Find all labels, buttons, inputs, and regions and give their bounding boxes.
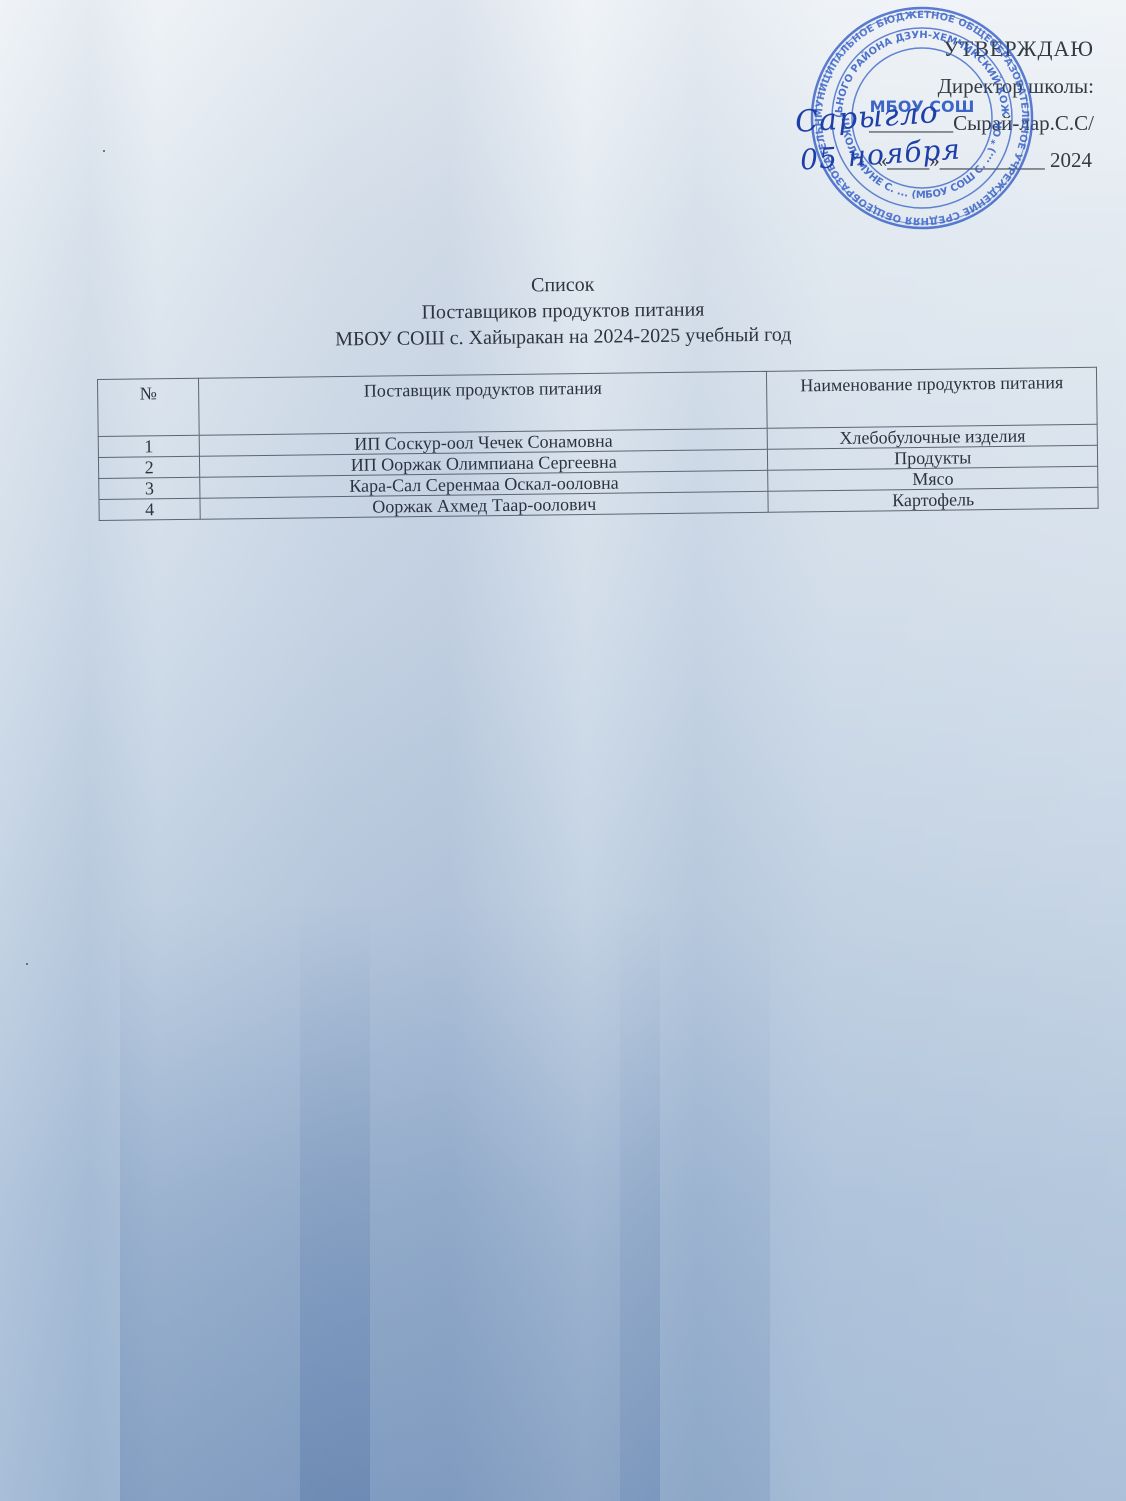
cell-product: Картофель [768, 487, 1098, 512]
cell-number: 3 [99, 477, 200, 499]
header-product: Наименование продуктов питания [767, 367, 1097, 428]
supplier-table: № Поставщик продуктов питания Наименован… [97, 367, 1099, 521]
paper-speck [103, 150, 105, 152]
paper-speck [26, 963, 28, 965]
cell-number: 4 [99, 498, 200, 520]
header-number: № [98, 378, 200, 436]
page-shadow [300, 900, 660, 1501]
page-shadow [120, 900, 370, 1501]
document-heading: Список Поставщиков продуктов питания МБО… [0, 266, 1126, 356]
page-shadow [620, 900, 770, 1501]
header-supplier: Поставщик продуктов питания [199, 371, 768, 435]
cell-number: 2 [98, 456, 199, 478]
cell-number: 1 [98, 435, 199, 457]
